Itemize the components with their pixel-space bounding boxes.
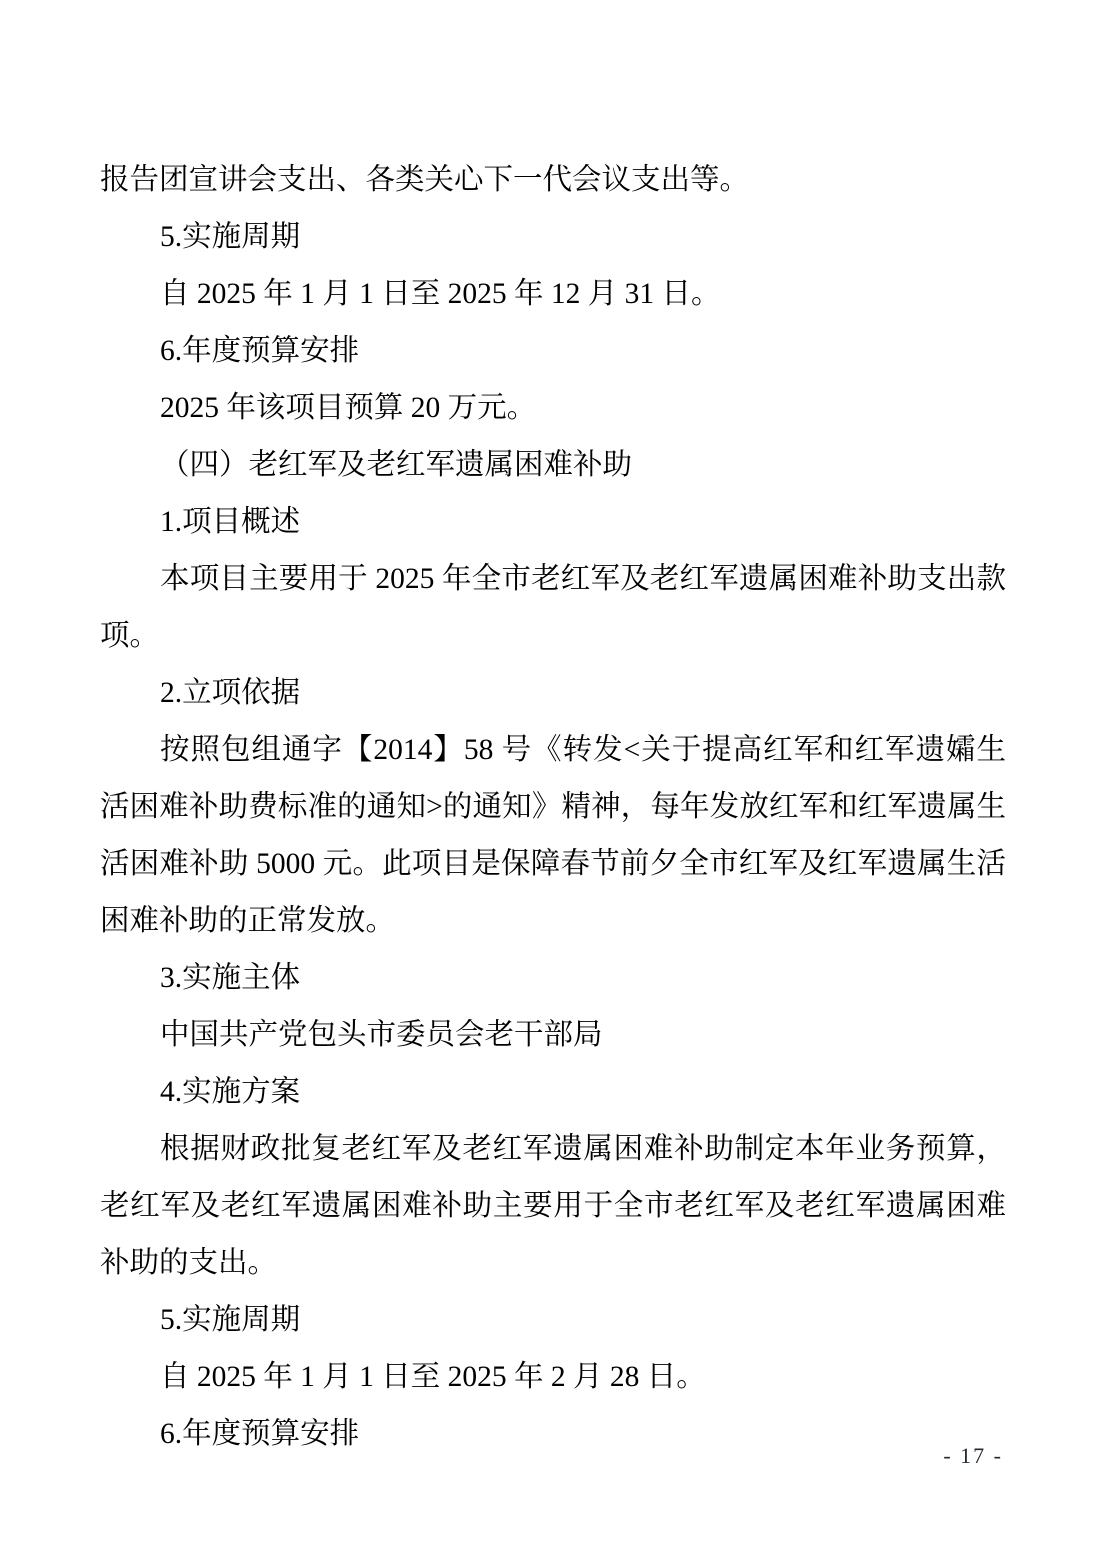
paragraph: 中国共产党包头市委员会老干部局 (100, 1007, 1006, 1064)
paragraph: 2025 年该项目预算 20 万元。 (100, 380, 1006, 437)
paragraph: 自 2025 年 1 月 1 日至 2025 年 12 月 31 日。 (100, 266, 1006, 323)
paragraph: 本项目主要用于 2025 年全市老红军及老红军遗属困难补助支出款项。 (100, 551, 1006, 665)
paragraph: （四）老红军及老红军遗属困难补助 (100, 437, 1006, 494)
paragraph: 3.实施主体 (100, 950, 1006, 1007)
paragraph: 按照包组通字【2014】58 号《转发<关于提高红军和红军遗孀生活困难补助费标准… (100, 722, 1006, 950)
document-body: 报告团宣讲会支出、各类关心下一代会议支出等。5.实施周期自 2025 年 1 月… (100, 152, 1006, 1463)
page-number: - 17 - (943, 1445, 1003, 1467)
document-page: 报告团宣讲会支出、各类关心下一代会议支出等。5.实施周期自 2025 年 1 月… (0, 0, 1103, 1559)
paragraph: 4.实施方案 (100, 1064, 1006, 1121)
paragraph: 5.实施周期 (100, 209, 1006, 266)
paragraph: 6.年度预算安排 (100, 1406, 1006, 1463)
paragraph: 报告团宣讲会支出、各类关心下一代会议支出等。 (100, 152, 1006, 209)
paragraph: 5.实施周期 (100, 1292, 1006, 1349)
paragraph: 1.项目概述 (100, 494, 1006, 551)
paragraph: 自 2025 年 1 月 1 日至 2025 年 2 月 28 日。 (100, 1349, 1006, 1406)
paragraph: 2.立项依据 (100, 665, 1006, 722)
paragraph: 根据财政批复老红军及老红军遗属困难补助制定本年业务预算，老红军及老红军遗属困难补… (100, 1121, 1006, 1292)
paragraph: 6.年度预算安排 (100, 323, 1006, 380)
